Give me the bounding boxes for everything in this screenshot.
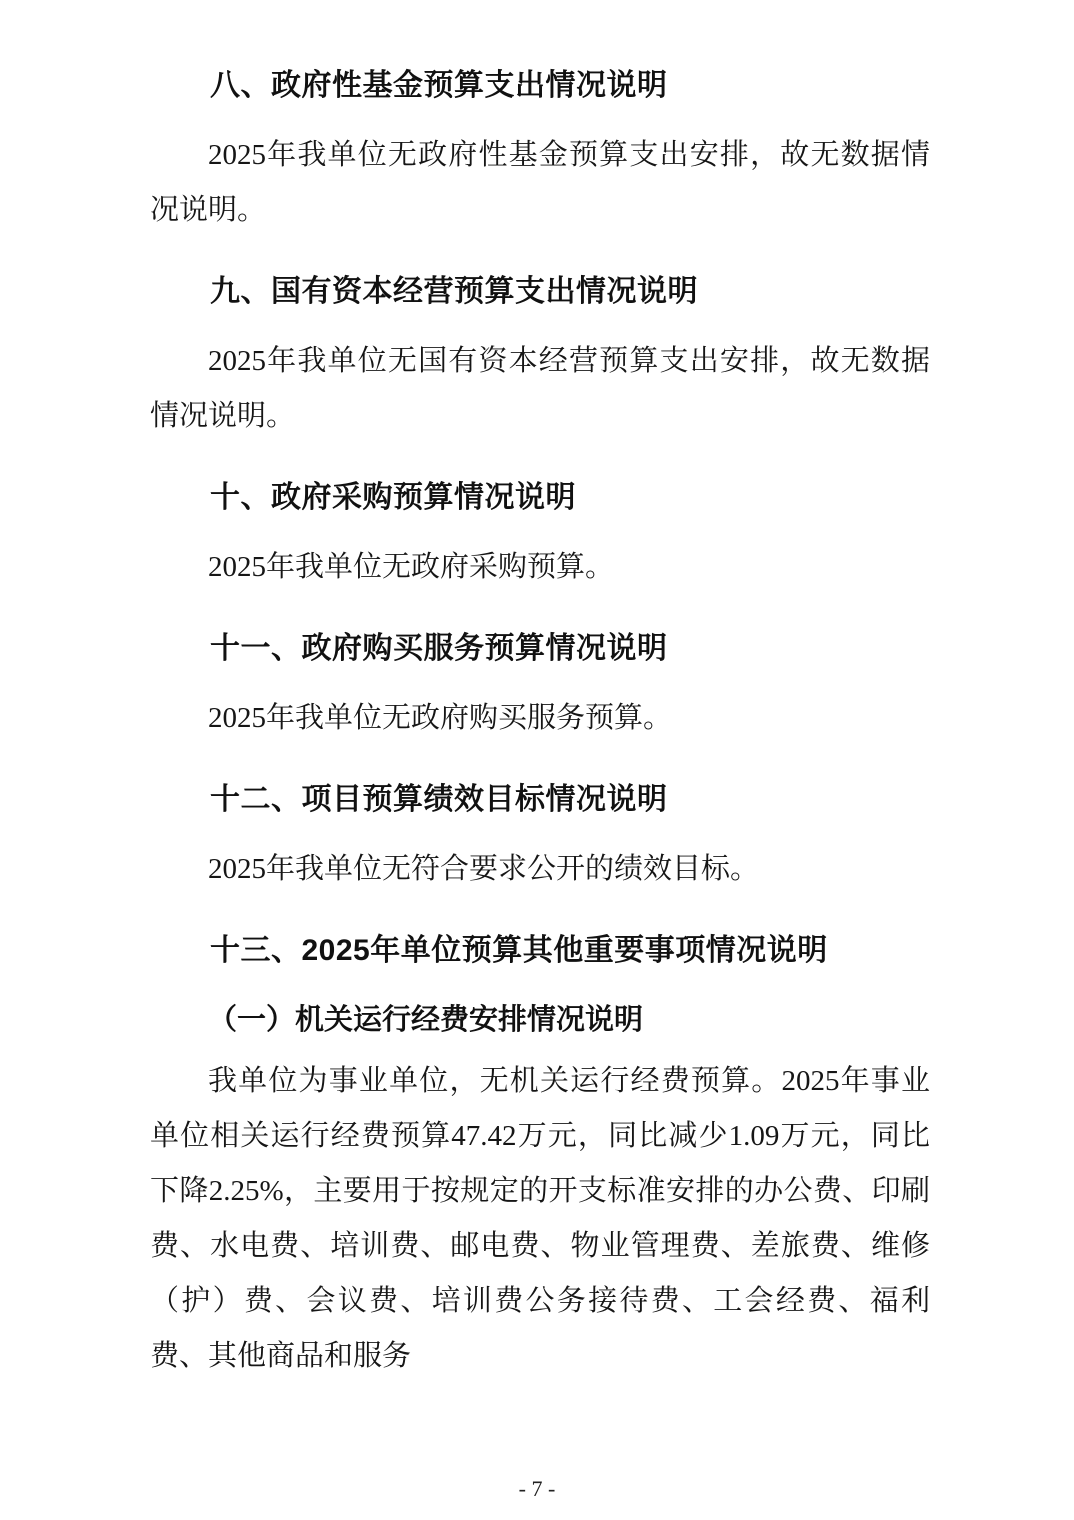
section-12-performance-targets-body: 2025年我单位无符合要求公开的绩效目标。 bbox=[150, 842, 930, 897]
section-10-gov-procurement-body: 2025年我单位无政府采购预算。 bbox=[150, 540, 930, 595]
section-11-purchased-services-heading: 十一、政府购买服务预算情况说明 bbox=[150, 621, 930, 676]
section-9-state-capital-budget-heading: 九、国有资本经营预算支出情况说明 bbox=[150, 264, 930, 319]
page-number: - 7 - bbox=[519, 1476, 556, 1501]
section-9-state-capital-budget-body: 2025年我单位无国有资本经营预算支出安排，故无数据情况说明。 bbox=[150, 334, 930, 444]
section-13-other-matters-heading: 十三、2025年单位预算其他重要事项情况说明 bbox=[150, 923, 930, 978]
subsection-1-operating-funds-body: 我单位为事业单位，无机关运行经费预算。2025年事业单位相关运行经费预算47.4… bbox=[150, 1054, 930, 1384]
section-8-gov-fund-budget-body: 2025年我单位无政府性基金预算支出安排，故无数据情况说明。 bbox=[150, 128, 930, 238]
document-page: 八、政府性基金预算支出情况说明 2025年我单位无政府性基金预算支出安排，故无数… bbox=[0, 0, 1074, 1520]
section-8-gov-fund-budget-heading: 八、政府性基金预算支出情况说明 bbox=[150, 58, 930, 113]
section-12-performance-targets-heading: 十二、项目预算绩效目标情况说明 bbox=[150, 772, 930, 827]
page-content: 八、政府性基金预算支出情况说明 2025年我单位无政府性基金预算支出安排，故无数… bbox=[150, 0, 930, 1384]
subsection-1-operating-funds-heading: （一）机关运行经费安排情况说明 bbox=[150, 993, 930, 1048]
section-10-gov-procurement-heading: 十、政府采购预算情况说明 bbox=[150, 470, 930, 525]
page-footer: - 7 - bbox=[0, 1476, 1074, 1502]
section-11-purchased-services-body: 2025年我单位无政府购买服务预算。 bbox=[150, 691, 930, 746]
